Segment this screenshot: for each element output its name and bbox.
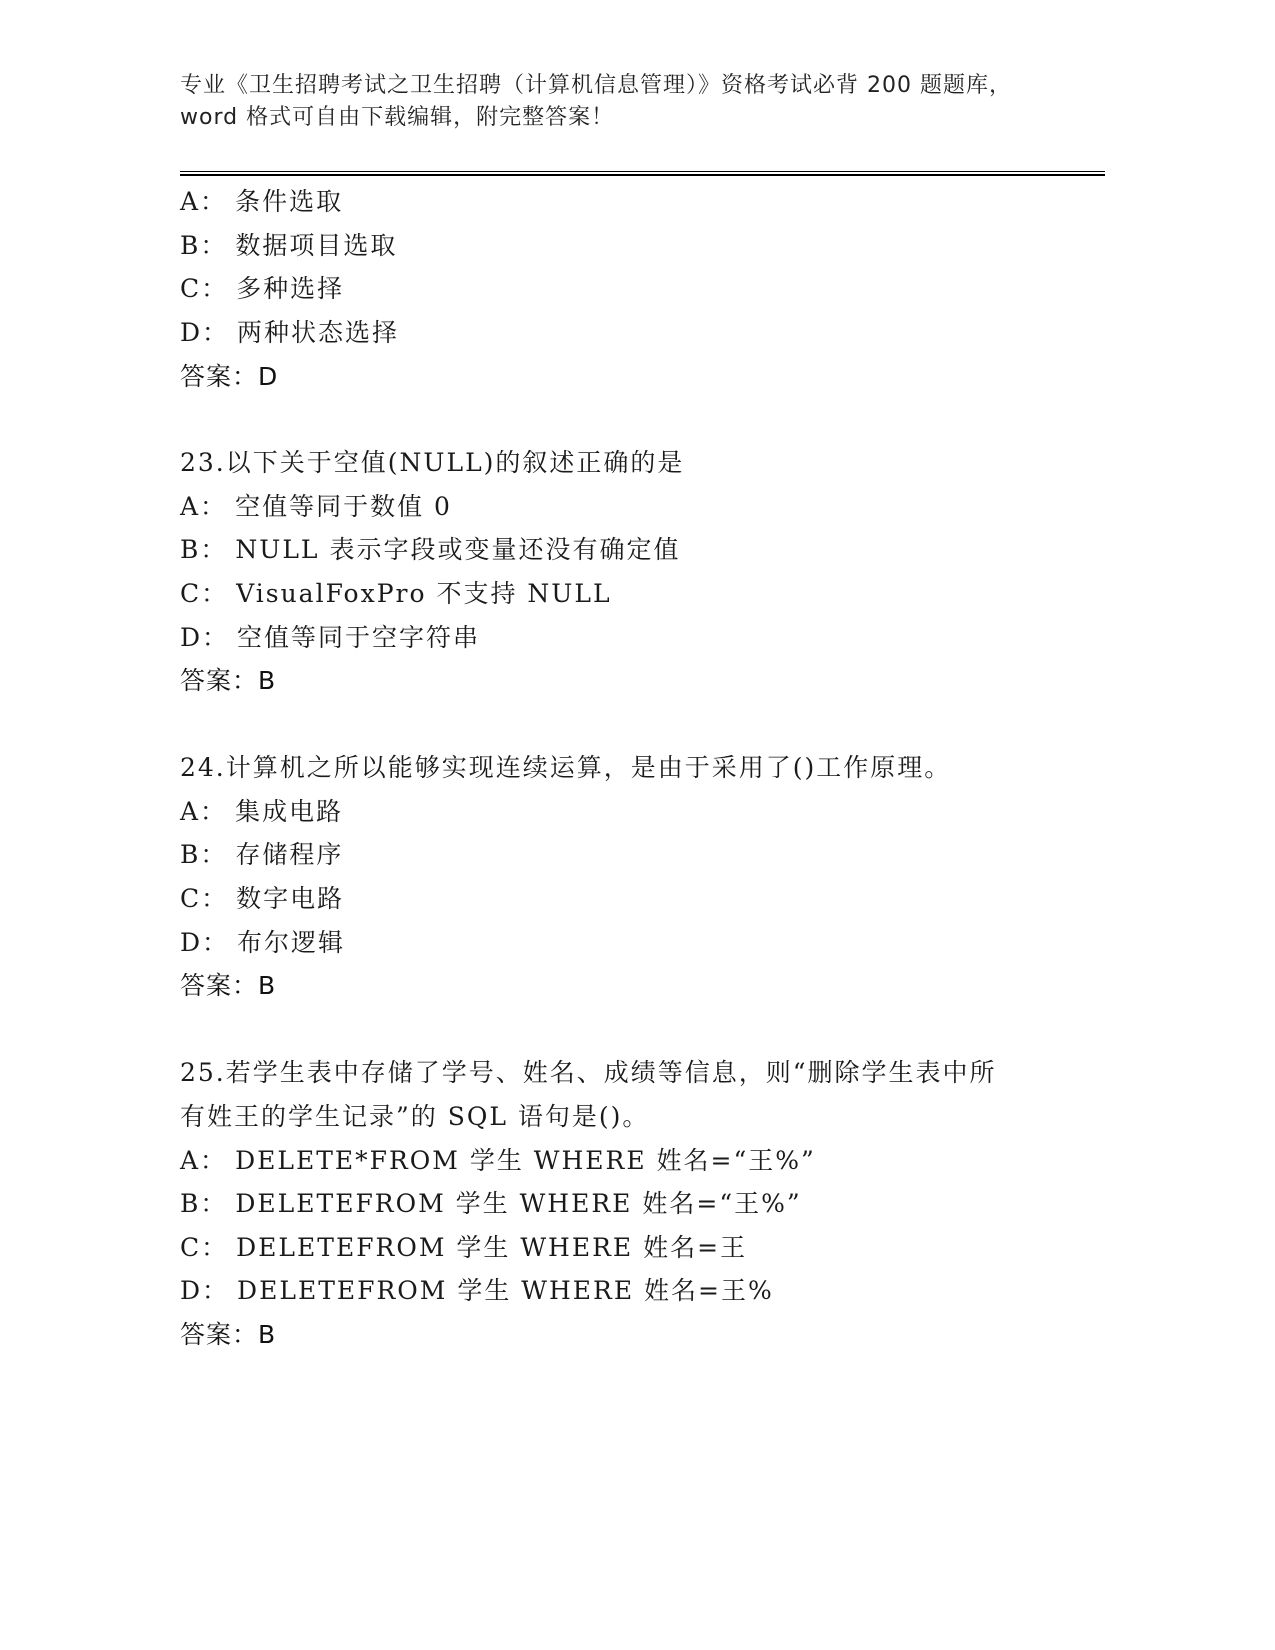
option-a: A：DELETE*FROM 学生 WHERE 姓名=“王%” <box>180 1145 816 1177</box>
answer-line: 答案：B <box>180 970 276 1002</box>
answer-line: 答案：D <box>180 361 278 393</box>
option-d: D：两种状态选择 <box>180 317 399 349</box>
document-header: 专业《卫生招聘考试之卫生招聘（计算机信息管理）》资格考试必背 200 题题库， … <box>180 70 1110 134</box>
option-d: D：布尔逻辑 <box>180 927 345 959</box>
option-b: B：存储程序 <box>180 839 343 871</box>
answer-line: 答案：B <box>180 1319 276 1351</box>
option-a: A：条件选取 <box>180 186 343 218</box>
question-stem: 24.计算机之所以能够实现连续运算，是由于采用了()工作原理。 <box>180 752 951 784</box>
option-d: D：DELETEFROM 学生 WHERE 姓名=王% <box>180 1275 774 1307</box>
option-c: C：VisualFoxPro 不支持 NULL <box>180 578 612 610</box>
answer-line: 答案：B <box>180 665 276 697</box>
question-number: 24. <box>180 753 226 782</box>
option-c: C：数字电路 <box>180 883 344 915</box>
option-d: D：空值等同于空字符串 <box>180 622 480 654</box>
question-stem-continued: 有姓王的学生记录”的 SQL 语句是()。 <box>180 1101 649 1133</box>
header-title-line-2: word 格式可自由下载编辑，附完整答案！ <box>180 102 1110 134</box>
option-c: C：多种选择 <box>180 273 344 305</box>
question-stem: 25.若学生表中存储了学号、姓名、成绩等信息，则“删除学生表中所 <box>180 1057 997 1089</box>
question-number: 25. <box>180 1058 226 1087</box>
question-number: 23. <box>180 448 226 477</box>
option-b: B：数据项目选取 <box>180 230 397 262</box>
option-b: B：DELETEFROM 学生 WHERE 姓名=“王%” <box>180 1188 802 1220</box>
option-a: A：集成电路 <box>180 796 343 828</box>
header-divider-thick <box>180 174 1105 176</box>
document-page: 专业《卫生招聘考试之卫生招聘（计算机信息管理）》资格考试必背 200 题题库， … <box>0 0 1275 1650</box>
option-b: B：NULL 表示字段或变量还没有确定值 <box>180 534 680 566</box>
header-divider-thin <box>180 171 1105 172</box>
option-a: A：空值等同于数值 0 <box>180 491 452 523</box>
question-stem: 23.以下关于空值(NULL)的叙述正确的是 <box>180 447 684 479</box>
header-title-line-1: 专业《卫生招聘考试之卫生招聘（计算机信息管理）》资格考试必背 200 题题库， <box>180 70 1110 102</box>
option-c: C：DELETEFROM 学生 WHERE 姓名=王 <box>180 1232 747 1264</box>
